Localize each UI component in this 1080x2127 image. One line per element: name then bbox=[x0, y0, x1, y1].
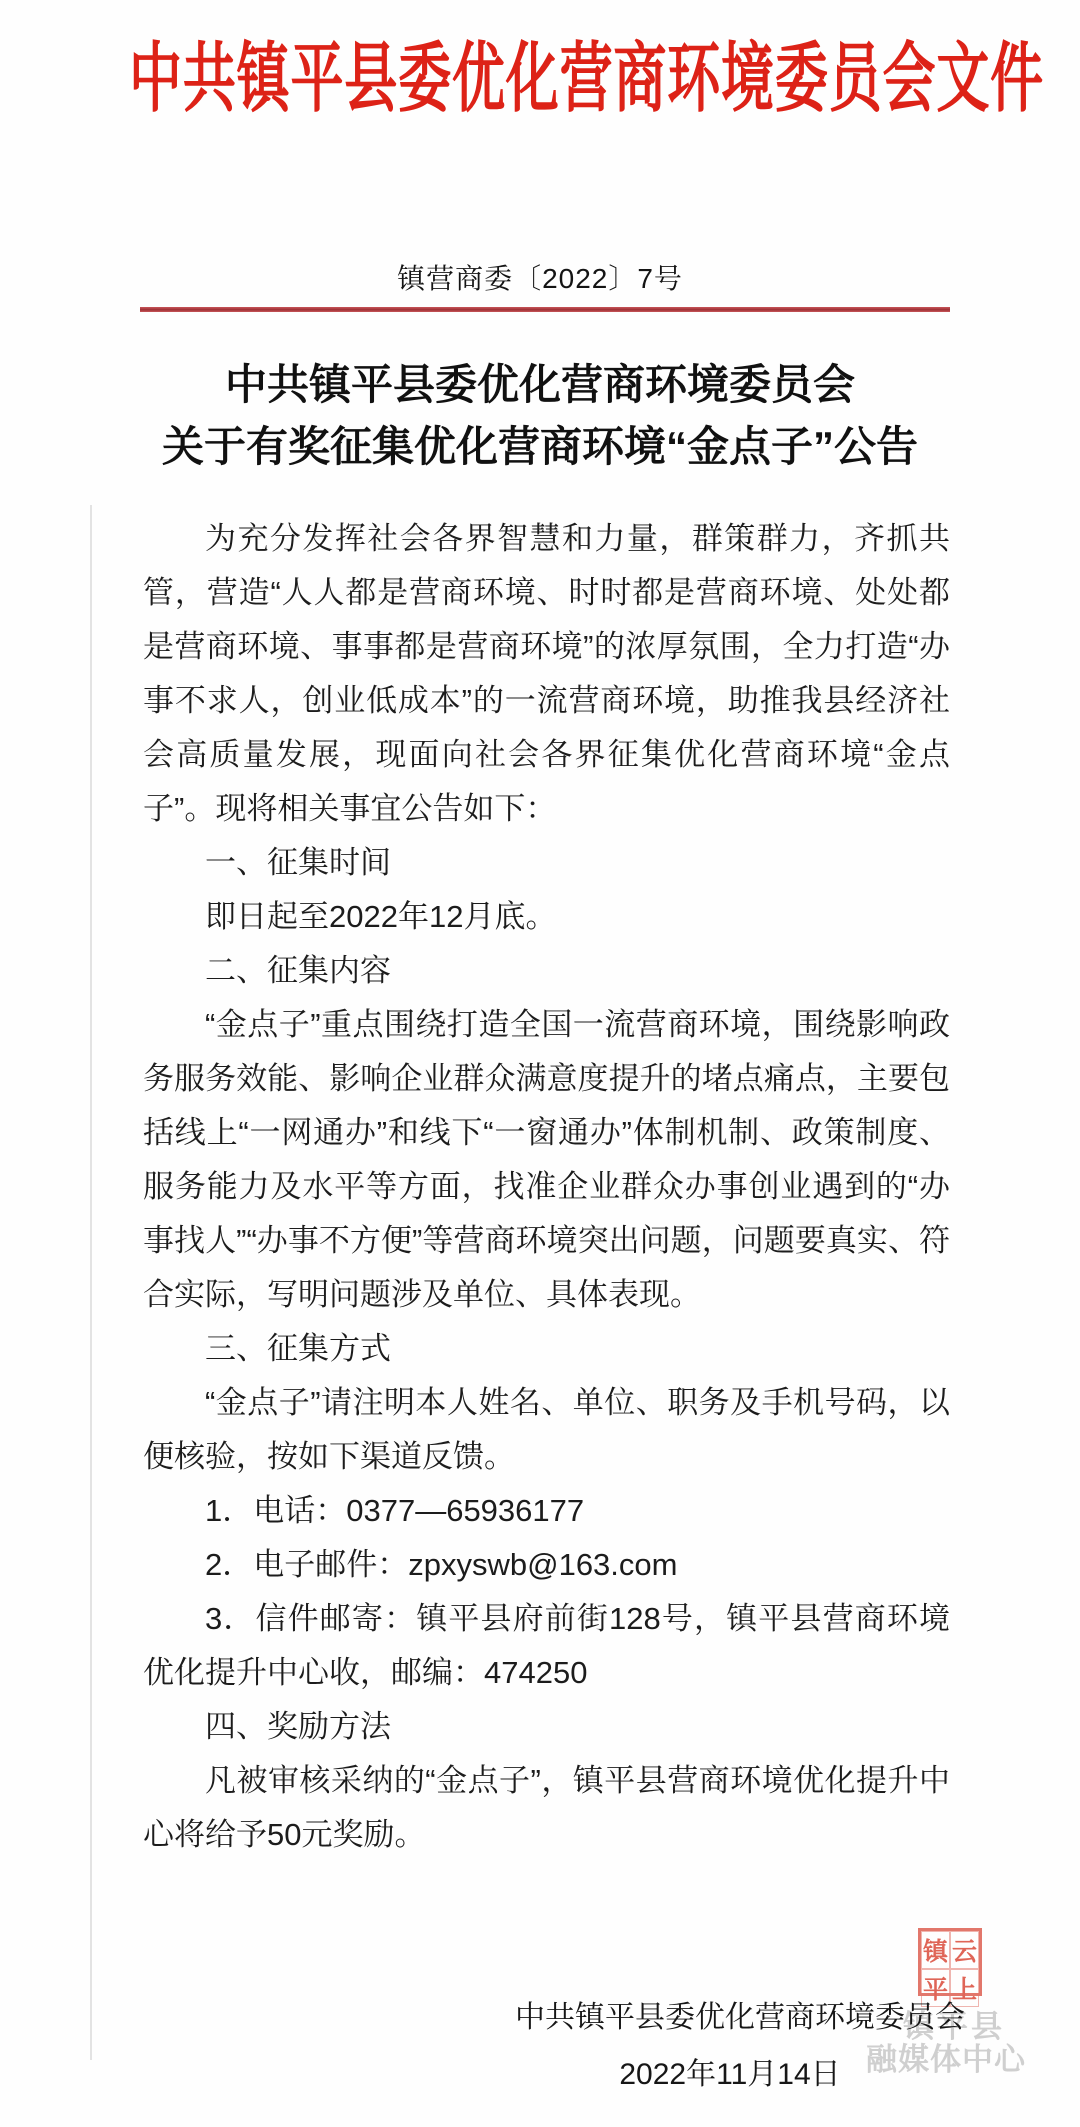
red-letterhead: 中共镇平县委优化营商环境委员会文件 bbox=[0, 36, 1080, 112]
seal-char: 镇 bbox=[921, 1931, 950, 1969]
body-paragraph: 三、征集方式 bbox=[143, 1322, 950, 1376]
body-paragraph: “金点子”请注明本人姓名、单位、职务及手机号码，以便核验，按如下渠道反馈。 bbox=[143, 1376, 950, 1484]
body-paragraph: 一、征集时间 bbox=[143, 836, 950, 890]
body-paragraph: 3．信件邮寄：镇平县府前街128号，镇平县营商环境优化提升中心收，邮编：4742… bbox=[143, 1592, 950, 1700]
red-divider-rule bbox=[140, 307, 950, 312]
document-number: 镇营商委〔2022〕7号 bbox=[0, 264, 1080, 294]
body-paragraph: 2．电子邮件：zpxyswb@163.com bbox=[143, 1538, 950, 1592]
body-paragraph: 二、征集内容 bbox=[143, 944, 950, 998]
signature-organization: 中共镇平县委优化营商环境委员会 bbox=[515, 2001, 945, 2035]
red-square-seal: 镇 云 平 上 bbox=[918, 1928, 982, 1996]
body-paragraph: “金点子”重点围绕打造全国一流营商环境，围绕影响政务服务效能、影响企业群众满意度… bbox=[143, 998, 950, 1322]
document-body: 为充分发挥社会各界智慧和力量，群策群力，齐抓共管，营造“人人都是营商环境、时时都… bbox=[0, 512, 1080, 1862]
body-paragraph: 四、奖励方法 bbox=[143, 1700, 950, 1754]
scan-fold-shadow bbox=[90, 505, 92, 2060]
scanned-official-document: 中共镇平县委优化营商环境委员会文件 镇营商委〔2022〕7号 中共镇平县委优化营… bbox=[0, 0, 1080, 2127]
body-paragraph: 凡被审核采纳的“金点子”，镇平县营商环境优化提升中心将给予50元奖励。 bbox=[143, 1754, 950, 1862]
body-paragraph: 即日起至2022年12月底。 bbox=[143, 890, 950, 944]
signature-date: 2022年11月14日 bbox=[515, 2058, 945, 2092]
body-paragraph: 1．电话：0377—65936177 bbox=[143, 1484, 950, 1538]
document-title: 中共镇平县委优化营商环境委员会 关于有奖征集优化营商环境“金点子”公告 bbox=[0, 354, 1080, 478]
document-title-line-2: 关于有奖征集优化营商环境“金点子”公告 bbox=[0, 416, 1080, 478]
document-title-line-1: 中共镇平县委优化营商环境委员会 bbox=[0, 354, 1080, 416]
seal-char: 云 bbox=[950, 1931, 979, 1969]
body-paragraph: 为充分发挥社会各界智慧和力量，群策群力，齐抓共管，营造“人人都是营商环境、时时都… bbox=[143, 512, 950, 836]
letterhead-title: 中共镇平县委优化营商环境委员会文件 bbox=[129, 36, 1044, 121]
